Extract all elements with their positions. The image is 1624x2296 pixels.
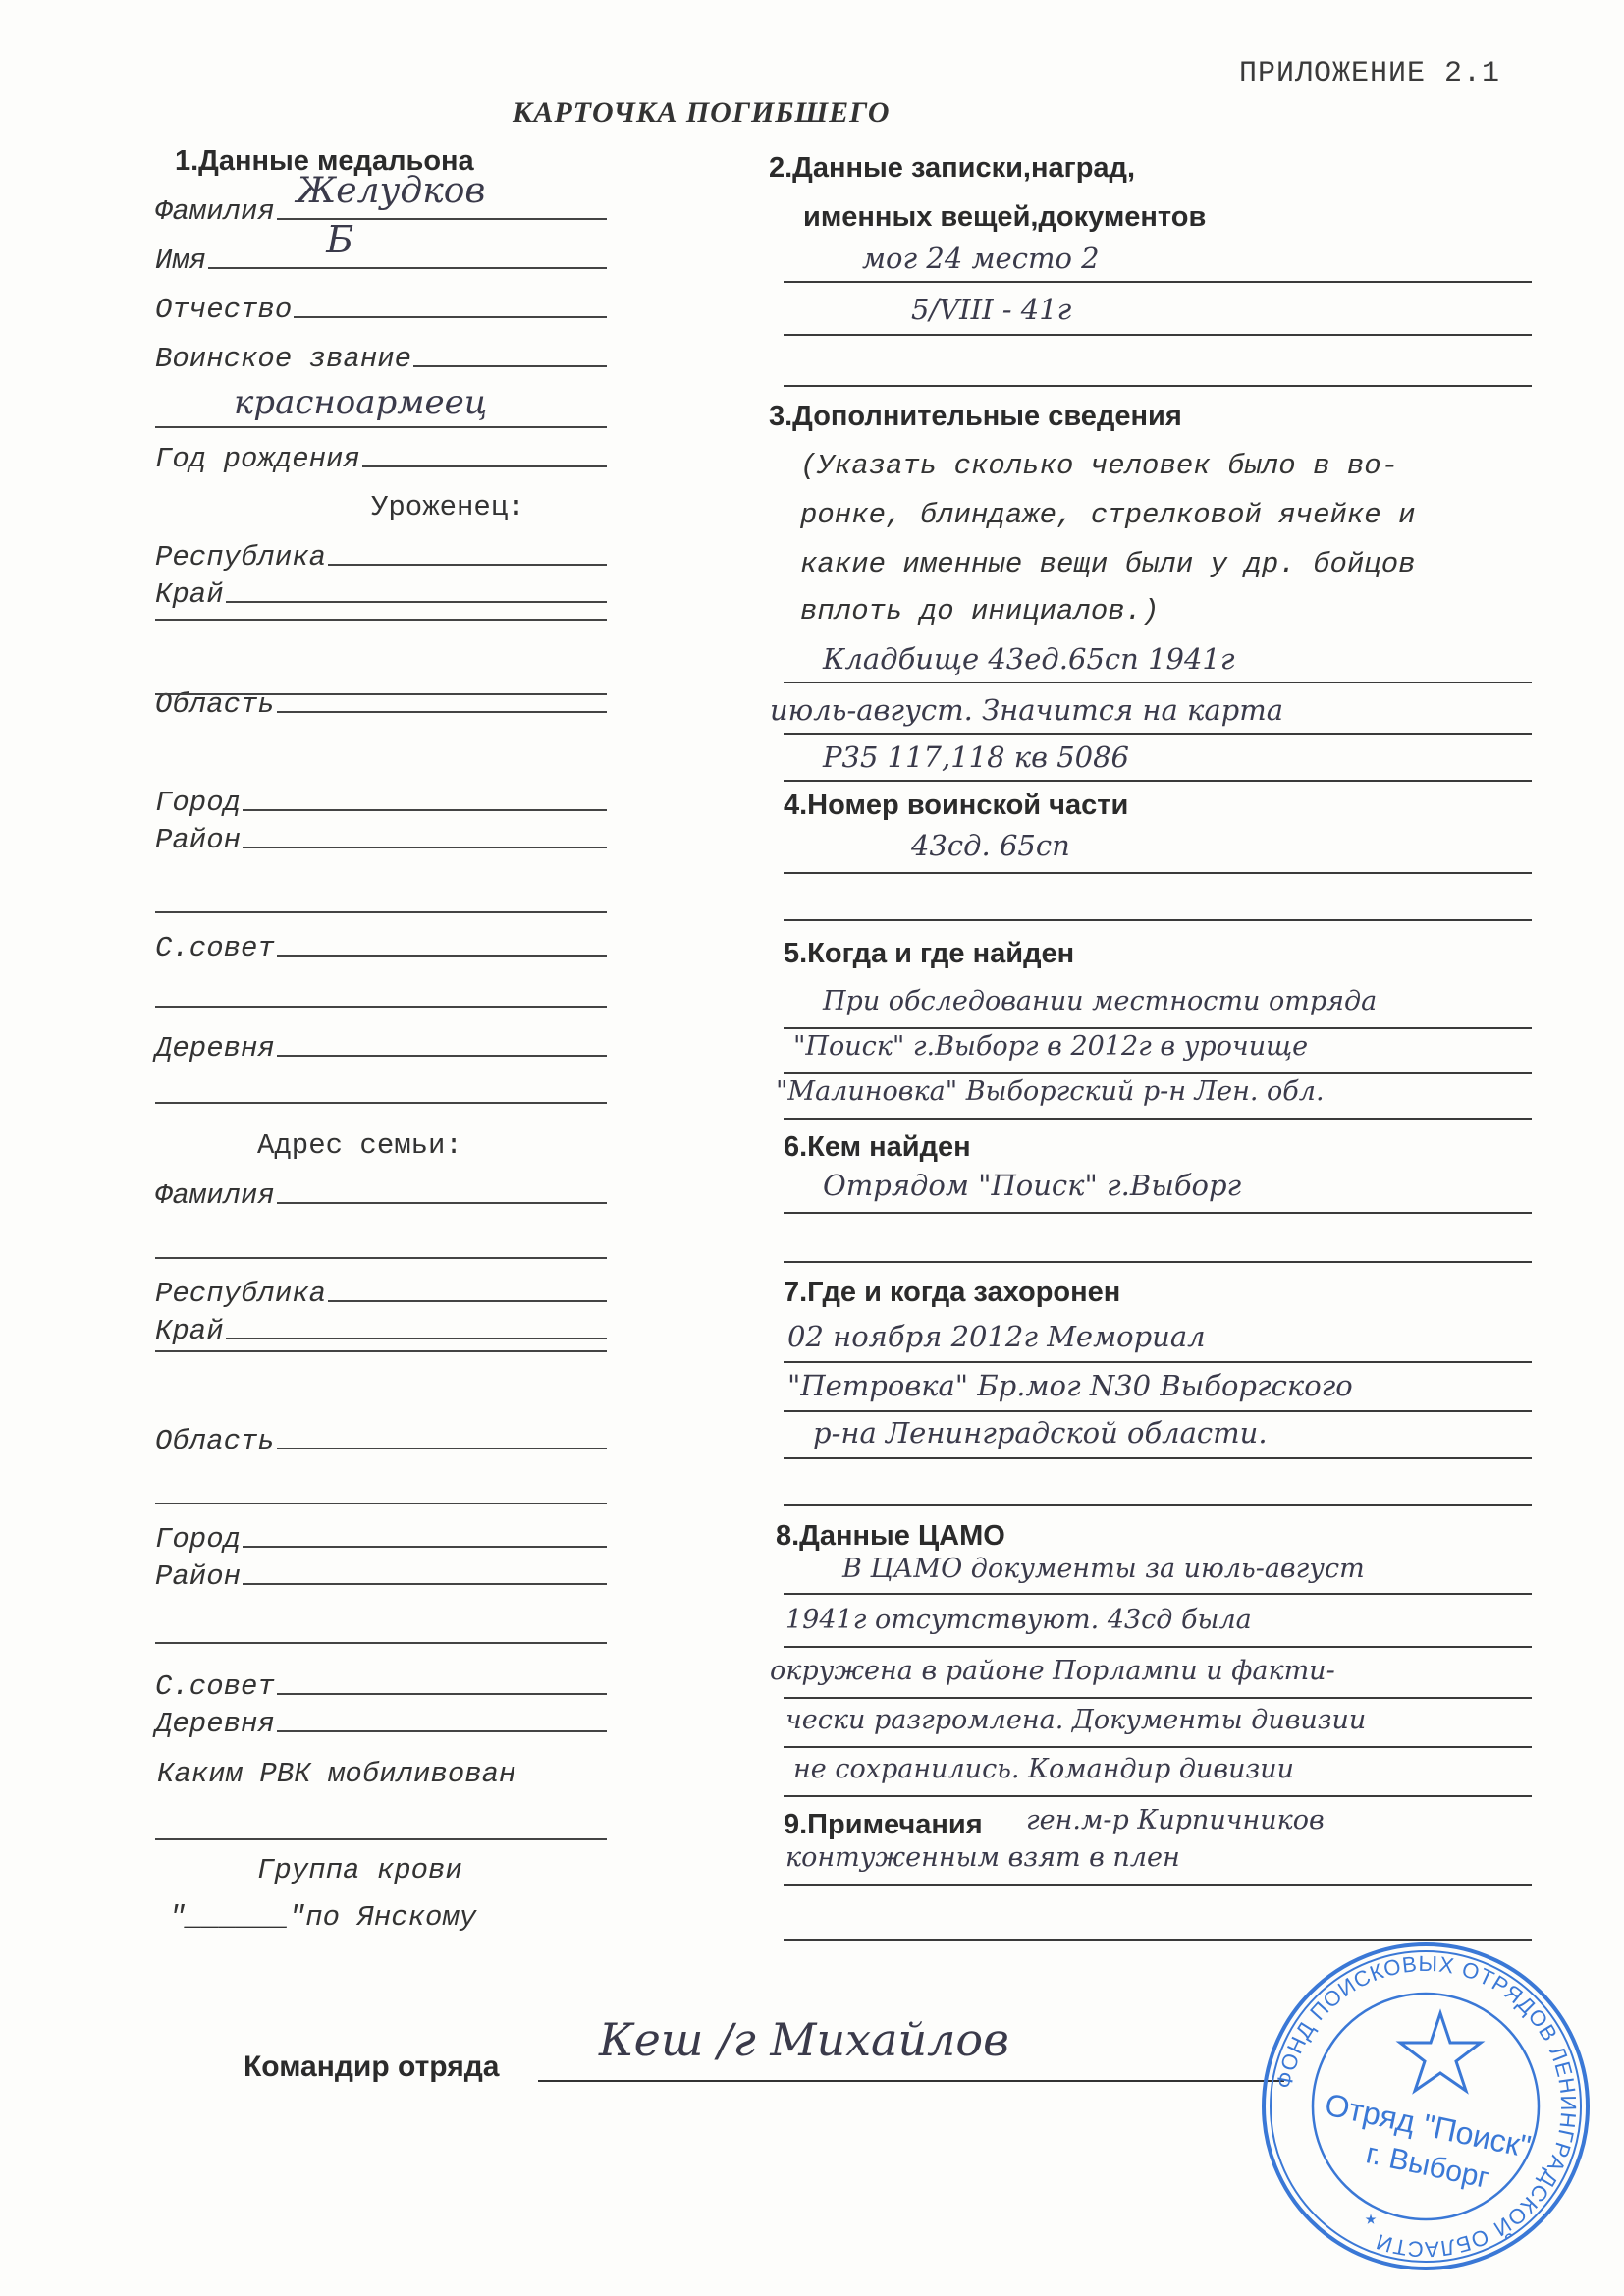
section5-line[interactable]: "Поиск" г.Выборг в 2012г в урочище (784, 1072, 1532, 1074)
field-surname[interactable]: Фамилия Желудков (155, 185, 607, 228)
section5-heading: 5.Когда и где найден (784, 938, 1074, 970)
rank-value: красноармеец (234, 383, 487, 422)
section3-line[interactable]: Р35 117,118 кв 5086 (784, 780, 1532, 782)
rvk-line[interactable] (155, 1838, 607, 1840)
section2-heading-line2: именных вещей,документов (803, 201, 1206, 234)
section4-heading: 4.Номер воинской части (784, 790, 1128, 822)
section5-value: "Поиск" г.Выборг в 2012г в урочище (793, 1031, 1308, 1062)
native-village-council-label: С.совет (155, 932, 275, 964)
section7-line[interactable]: р-на Ленинградской области. (784, 1457, 1532, 1459)
section2-line[interactable]: мог 24 место 2 (784, 281, 1532, 283)
native-krai-label: Край (155, 578, 224, 611)
page-title: КАРТОЧКА ПОГИБШЕГО (513, 96, 891, 130)
section3-value: Р35 117,118 кв 5086 (823, 740, 1129, 774)
section3-instruction: какие именные вещи были у др. бойцов (800, 548, 1416, 580)
section8-line[interactable]: окружена в районе Порлампи и факти- (784, 1697, 1532, 1699)
field-family-surname[interactable]: Фамилия (155, 1169, 607, 1212)
section5-value: При обследовании местности отряда (823, 986, 1377, 1016)
rank-value-line[interactable]: красноармеец (155, 426, 607, 428)
section9-heading: 9.Примечания (784, 1809, 983, 1841)
family-heading: Адрес семьи: (257, 1129, 462, 1162)
section3-instruction: вплоть до инициалов.) (800, 595, 1159, 628)
field-native-village[interactable]: Деревня (155, 1021, 607, 1065)
section8-line[interactable]: не сохранились. Командир дивизии (784, 1795, 1532, 1797)
commander-signature: Кеш /г Михайлов (599, 2013, 1009, 2066)
section5-line[interactable]: "Малиновка" Выборгский р-н Лен. обл. (784, 1118, 1532, 1120)
section3-value: Кладбище 43ед.65сп 1941г (823, 642, 1235, 676)
name-value: Б (326, 218, 353, 261)
family-district-line2[interactable] (155, 1642, 607, 1644)
section2-line[interactable] (784, 385, 1532, 387)
native-district-label: Район (155, 824, 241, 856)
stamp-seal: ФОНД ПОИСКОВЫХ ОТРЯДОВ ЛЕНИНГРАДСКОЙ ОБЛ… (1259, 1940, 1593, 2273)
field-family-village[interactable]: Деревня (155, 1697, 607, 1740)
native-heading: Уроженец: (371, 491, 525, 523)
section6-value: Отрядом "Поиск" г.Выборг (823, 1169, 1241, 1202)
commander-signature-line[interactable] (538, 2080, 1284, 2082)
appendix-label: ПРИЛОЖЕНИЕ 2.1 (1239, 57, 1500, 90)
section4-value: 43сд. 65сп (911, 829, 1070, 862)
field-patronymic[interactable]: Отчество (155, 283, 607, 326)
commander-label: Командир отряда (244, 2050, 499, 2084)
blood-group-label: Группа крови (257, 1854, 462, 1886)
section8-line[interactable]: чески разгромлена. Документы дивизии (784, 1746, 1532, 1748)
field-native-oblast[interactable]: Область (155, 678, 607, 721)
section8-heading: 8.Данные ЦАМО (776, 1520, 1005, 1553)
section7-line[interactable]: "Петровка" Бр.мог N30 Выборгского (784, 1410, 1532, 1412)
native-village-council-line2[interactable] (155, 1006, 607, 1008)
native-district-line2[interactable] (155, 911, 607, 913)
section7-value: 02 ноября 2012г Мемориал (787, 1320, 1206, 1353)
field-native-district[interactable]: Район (155, 813, 607, 856)
svg-text:★: ★ (1365, 2209, 1377, 2231)
section8-line[interactable]: В ЦАМО документы за июль-август (784, 1593, 1532, 1595)
section8-value: 1941г отсутствуют. 43сд была (785, 1605, 1252, 1635)
native-village-label: Деревня (155, 1032, 275, 1065)
surname-label: Фамилия (155, 195, 275, 228)
section7-heading: 7.Где и когда захоронен (784, 1277, 1120, 1309)
rvk-label: Каким РВК мобиливован (157, 1758, 515, 1790)
birth-year-label: Год рождения (155, 443, 360, 475)
patronymic-label: Отчество (155, 294, 292, 326)
field-native-krai[interactable]: Край (155, 568, 607, 611)
section9-value: контуженным взят в плен (785, 1842, 1180, 1873)
section7-line[interactable]: 02 ноября 2012г Мемориал (784, 1361, 1532, 1363)
section8-value: окружена в районе Порлампи и факти- (770, 1656, 1335, 1686)
field-rank[interactable]: Воинское звание (155, 332, 607, 375)
section2-heading: 2.Данные записки,наград, (769, 152, 1135, 185)
section2-line[interactable]: 5/VIII - 41г (784, 334, 1532, 336)
section4-line[interactable]: 43сд. 65сп (784, 872, 1532, 874)
field-family-oblast[interactable]: Область (155, 1414, 607, 1457)
section5-value: "Малиновка" Выборгский р-н Лен. обл. (776, 1076, 1325, 1107)
family-village-label: Деревня (155, 1708, 275, 1740)
section4-line[interactable] (784, 919, 1532, 921)
family-surname-label: Фамилия (155, 1179, 275, 1212)
section3-value: июль-август. Значится на карта (770, 693, 1283, 727)
family-krai-line2[interactable] (155, 1350, 607, 1352)
family-district-label: Район (155, 1560, 241, 1593)
section7-value: р-на Ленинградской области. (813, 1416, 1268, 1449)
section2-value: 5/VIII - 41г (911, 293, 1071, 326)
field-family-district[interactable]: Район (155, 1550, 607, 1593)
section5-line[interactable]: При обследовании местности отряда (784, 1027, 1532, 1029)
section6-line[interactable] (784, 1261, 1532, 1263)
field-family-krai[interactable]: Край (155, 1304, 607, 1347)
surname-value: Желудков (297, 171, 486, 211)
section7-line-extra[interactable] (784, 1504, 1532, 1506)
native-village-line2[interactable] (155, 1102, 607, 1104)
native-oblast-line2[interactable] (155, 693, 607, 695)
stamp-icon: ФОНД ПОИСКОВЫХ ОТРЯДОВ ЛЕНИНГРАДСКОЙ ОБЛ… (1259, 1940, 1593, 2273)
name-label: Имя (155, 245, 206, 277)
section2-value: мог 24 место 2 (862, 242, 1100, 275)
native-krai-line2[interactable] (155, 619, 607, 621)
rank-label: Воинское звание (155, 343, 411, 375)
section3-instruction: (Указать сколько человек было в во- (800, 450, 1398, 482)
section3-line[interactable]: Кладбище 43ед.65сп 1941г (784, 682, 1532, 683)
section9-inline-note: ген.м-р Кирпичников (1026, 1805, 1325, 1835)
section9-line[interactable]: контуженным взят в плен (784, 1884, 1532, 1886)
section3-line[interactable]: июль-август. Значится на карта (784, 733, 1532, 735)
field-native-village-council[interactable]: С.совет (155, 921, 607, 964)
field-birth-year[interactable]: Год рождения (155, 432, 607, 475)
family-surname-line2[interactable] (155, 1257, 607, 1259)
section7-value: "Петровка" Бр.мог N30 Выборгского (787, 1369, 1353, 1402)
section6-line[interactable]: Отрядом "Поиск" г.Выборг (784, 1212, 1532, 1214)
family-oblast-line2[interactable] (155, 1503, 607, 1504)
field-name[interactable]: Имя Б (155, 234, 607, 277)
section3-instruction: ронке, блиндаже, стрелковой ячейке и (800, 499, 1416, 531)
section8-value: В ЦАМО документы за июль-август (842, 1554, 1365, 1584)
section6-heading: 6.Кем найден (784, 1131, 971, 1164)
section3-heading: 3.Дополнительные сведения (769, 401, 1182, 433)
section8-line[interactable]: 1941г отсутствуют. 43сд была (784, 1646, 1532, 1648)
section8-value: не сохранились. Командир дивизии (793, 1754, 1294, 1784)
family-oblast-label: Область (155, 1425, 275, 1457)
section8-value: чески разгромлена. Документы дивизии (785, 1705, 1366, 1735)
family-krai-label: Край (155, 1315, 224, 1347)
blood-group-field[interactable]: "______"по Янскому (169, 1901, 476, 1934)
